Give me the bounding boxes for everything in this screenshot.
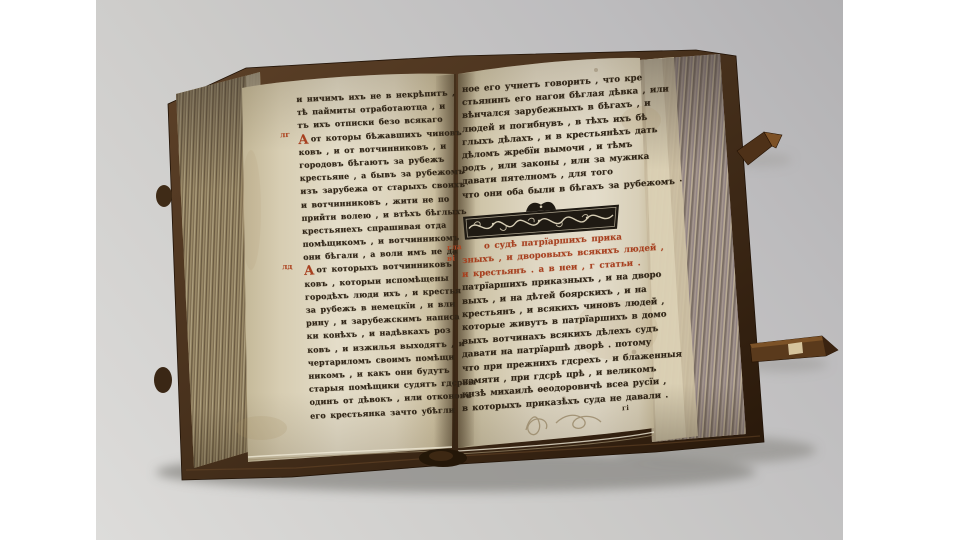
chapter-margin-note: гла ві bbox=[447, 241, 462, 264]
photo-of-open-book: и ничимъ ихъ не в некрѣпитъ ,тѣ паймиты … bbox=[96, 0, 843, 540]
left-margin-article-number-33: лг bbox=[280, 130, 290, 140]
bottom-strap bbox=[750, 336, 838, 362]
quire-signature-mark: гі bbox=[622, 403, 629, 412]
clasp-stubs bbox=[154, 185, 172, 393]
tailband-knot bbox=[419, 449, 467, 467]
left-margin-article-number-34: лд bbox=[282, 262, 293, 271]
clasp-stub-bottom bbox=[154, 367, 172, 393]
right-page-text: ное его учнетъ говорить , что крестьянин… bbox=[462, 71, 664, 417]
right-page-top-paragraph: ное его учнетъ говорить , что крестьянин… bbox=[462, 71, 664, 203]
clasp-stub-top bbox=[156, 185, 172, 207]
chapter-margin-numeral: ві bbox=[447, 252, 462, 264]
right-page-body-paragraph: патрїаршихъ приказныхъ , и на дворовыхъ … bbox=[462, 269, 664, 416]
left-page-text: и ничимъ ихъ не в некрѣпитъ ,тѣ паймиты … bbox=[296, 86, 462, 422]
screenshot-canvas: и ничимъ ихъ не в некрѣпитъ ,тѣ паймиты … bbox=[0, 0, 960, 540]
